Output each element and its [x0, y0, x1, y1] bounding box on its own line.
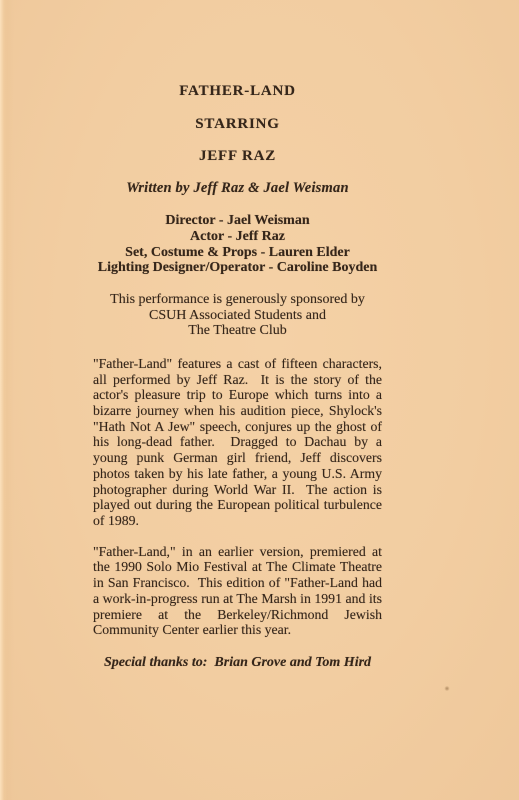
special-thanks-line: Special thanks to: Brian Grove and Tom H… [93, 655, 382, 671]
program-page: FATHER-LAND STARRING JEFF RAZ Written by… [93, 0, 382, 671]
credit-line-set-costume-props: Set, Costume & Props - Lauren Elder [93, 245, 382, 261]
scanned-program-page: { "document": { "title": "FATHER-LAND", … [0, 0, 519, 800]
production-history-paragraph: "Father-Land," in an earlier version, pr… [93, 544, 382, 638]
sponsorship-line-3: The Theatre Club [93, 323, 382, 339]
sponsorship-note: This performance is generously sponsored… [93, 292, 382, 339]
starring-label: STARRING [93, 116, 382, 132]
sponsorship-line-1: This performance is generously sponsored… [93, 292, 382, 308]
page-title: FATHER-LAND [93, 83, 382, 99]
performer-name: JEFF RAZ [93, 148, 382, 164]
page-binding-edge [0, 0, 14, 800]
credit-line-director: Director - Jael Weisman [93, 213, 382, 229]
sponsorship-line-2: CSUH Associated Students and [93, 308, 382, 324]
credits-list: Director - Jael Weisman Actor - Jeff Raz… [93, 213, 382, 276]
credit-line-actor: Actor - Jeff Raz [93, 229, 382, 245]
synopsis-paragraph: "Father-Land" features a cast of fifteen… [93, 356, 382, 529]
byline: Written by Jeff Raz & Jael Weisman [93, 180, 382, 196]
credit-line-lighting: Lighting Designer/Operator - Caroline Bo… [93, 260, 382, 276]
paper-speck [444, 686, 450, 691]
